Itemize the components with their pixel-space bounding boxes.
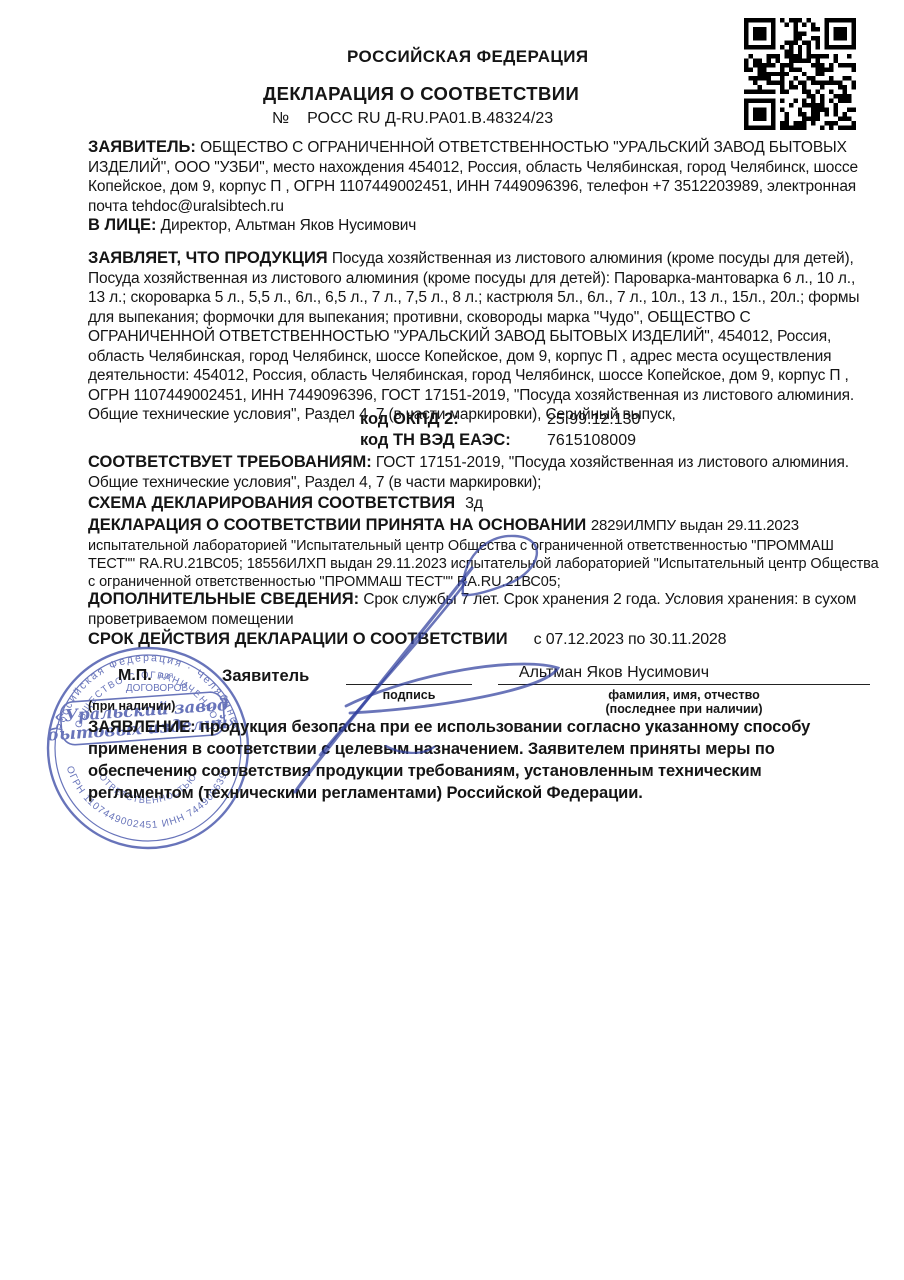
applicant-text: ОБЩЕСТВО С ОГРАНИЧЕННОЙ ОТВЕТСТВЕННОСТЬЮ… — [88, 139, 858, 215]
declarant-label: Заявитель — [222, 667, 309, 686]
scheme-row: СХЕМА ДЕКЛАРИРОВАНИЯ СООТВЕТСТВИЯ3д — [88, 494, 483, 513]
person-name: Директор, Альтман Яков Нусимович — [161, 217, 417, 234]
name-line — [498, 684, 870, 685]
declaration-document: РОССИЙСКАЯ ФЕДЕРАЦИЯ ДЕКЛАРАЦИЯ О СООТВЕ… — [0, 0, 904, 1280]
tnved-value: 7615108009 — [547, 432, 636, 450]
stamp-place-label: М.П. — [118, 667, 152, 685]
declarant-name: Альтман Яков Нусимович — [498, 664, 730, 682]
declaration-number: РОСС RU Д-RU.РА01.В.48324/23 — [307, 110, 553, 128]
compliance-label: СООТВЕТСТВУЕТ ТРЕБОВАНИЯМ: — [88, 453, 372, 471]
statement-label: ЗАЯВЛЕНИЕ: — [88, 718, 195, 736]
document-title: ДЕКЛАРАЦИЯ О СООТВЕТСТВИИ — [263, 83, 579, 105]
basis-details: испытательной лабораторией "Испытательны… — [88, 537, 880, 592]
country-title: РОССИЙСКАЯ ФЕДЕРАЦИЯ — [347, 47, 588, 67]
applicant-section: ЗАЯВИТЕЛЬ: ОБЩЕСТВО С ОГРАНИЧЕННОЙ ОТВЕТ… — [88, 138, 866, 236]
person-row: В ЛИЦЕ: Директор, Альтман Яков Нусимович — [88, 216, 866, 236]
additional-label: ДОПОЛНИТЕЛЬНЫЕ СВЕДЕНИЯ: — [88, 590, 359, 608]
product-text: Посуда хозяйственная из листового алюмин… — [88, 250, 859, 423]
basis-intro: 2829ИЛМПУ выдан 29.11.2023 — [591, 517, 799, 534]
applicant-label: ЗАЯВИТЕЛЬ: — [88, 138, 196, 156]
okpd-value: 25.99.12.130 — [547, 411, 640, 429]
qr-code — [744, 18, 856, 130]
stamp-note: (при наличии) — [88, 699, 175, 713]
name-caption: фамилия, имя, отчество — [498, 688, 870, 702]
name-caption-note: (последнее при наличии) — [498, 702, 870, 716]
scheme-value: 3д — [465, 495, 483, 512]
okpd-label: код ОКПД 2: — [360, 410, 459, 429]
declaration-number-row: № РОСС RU Д-RU.РА01.В.48324/23 — [272, 110, 553, 128]
product-section: ЗАЯВЛЯЕТ, ЧТО ПРОДУКЦИЯ Посуда хозяйстве… — [88, 249, 866, 425]
compliance-section: СООТВЕТСТВУЕТ ТРЕБОВАНИЯМ: ГОСТ 17151-20… — [88, 452, 866, 493]
validity-value: с 07.12.2023 по 30.11.2028 — [534, 631, 727, 648]
tnved-label: код ТН ВЭД ЕАЭС: — [360, 431, 511, 450]
number-sign: № — [272, 110, 289, 128]
basis-label: ДЕКЛАРАЦИЯ О СООТВЕТСТВИИ ПРИНЯТА НА ОСН… — [88, 516, 586, 534]
product-label: ЗАЯВЛЯЕТ, ЧТО ПРОДУКЦИЯ — [88, 249, 328, 267]
scheme-label: СХЕМА ДЕКЛАРИРОВАНИЯ СООТВЕТСТВИЯ — [88, 494, 455, 512]
additional-section: ДОПОЛНИТЕЛЬНЫЕ СВЕДЕНИЯ: Срок службы 7 л… — [88, 589, 866, 630]
signature-caption: подпись — [346, 688, 472, 702]
basis-row: ДЕКЛАРАЦИЯ О СООТВЕТСТВИИ ПРИНЯТА НА ОСН… — [88, 515, 888, 536]
statement-section: ЗАЯВЛЕНИЕ: продукция безопасна при ее ис… — [88, 716, 860, 804]
person-label: В ЛИЦЕ: — [88, 216, 157, 234]
signature-line — [346, 684, 472, 685]
statement-text: продукция безопасна при ее использовании… — [88, 718, 810, 802]
stamp-mid-line1: для — [159, 670, 174, 680]
